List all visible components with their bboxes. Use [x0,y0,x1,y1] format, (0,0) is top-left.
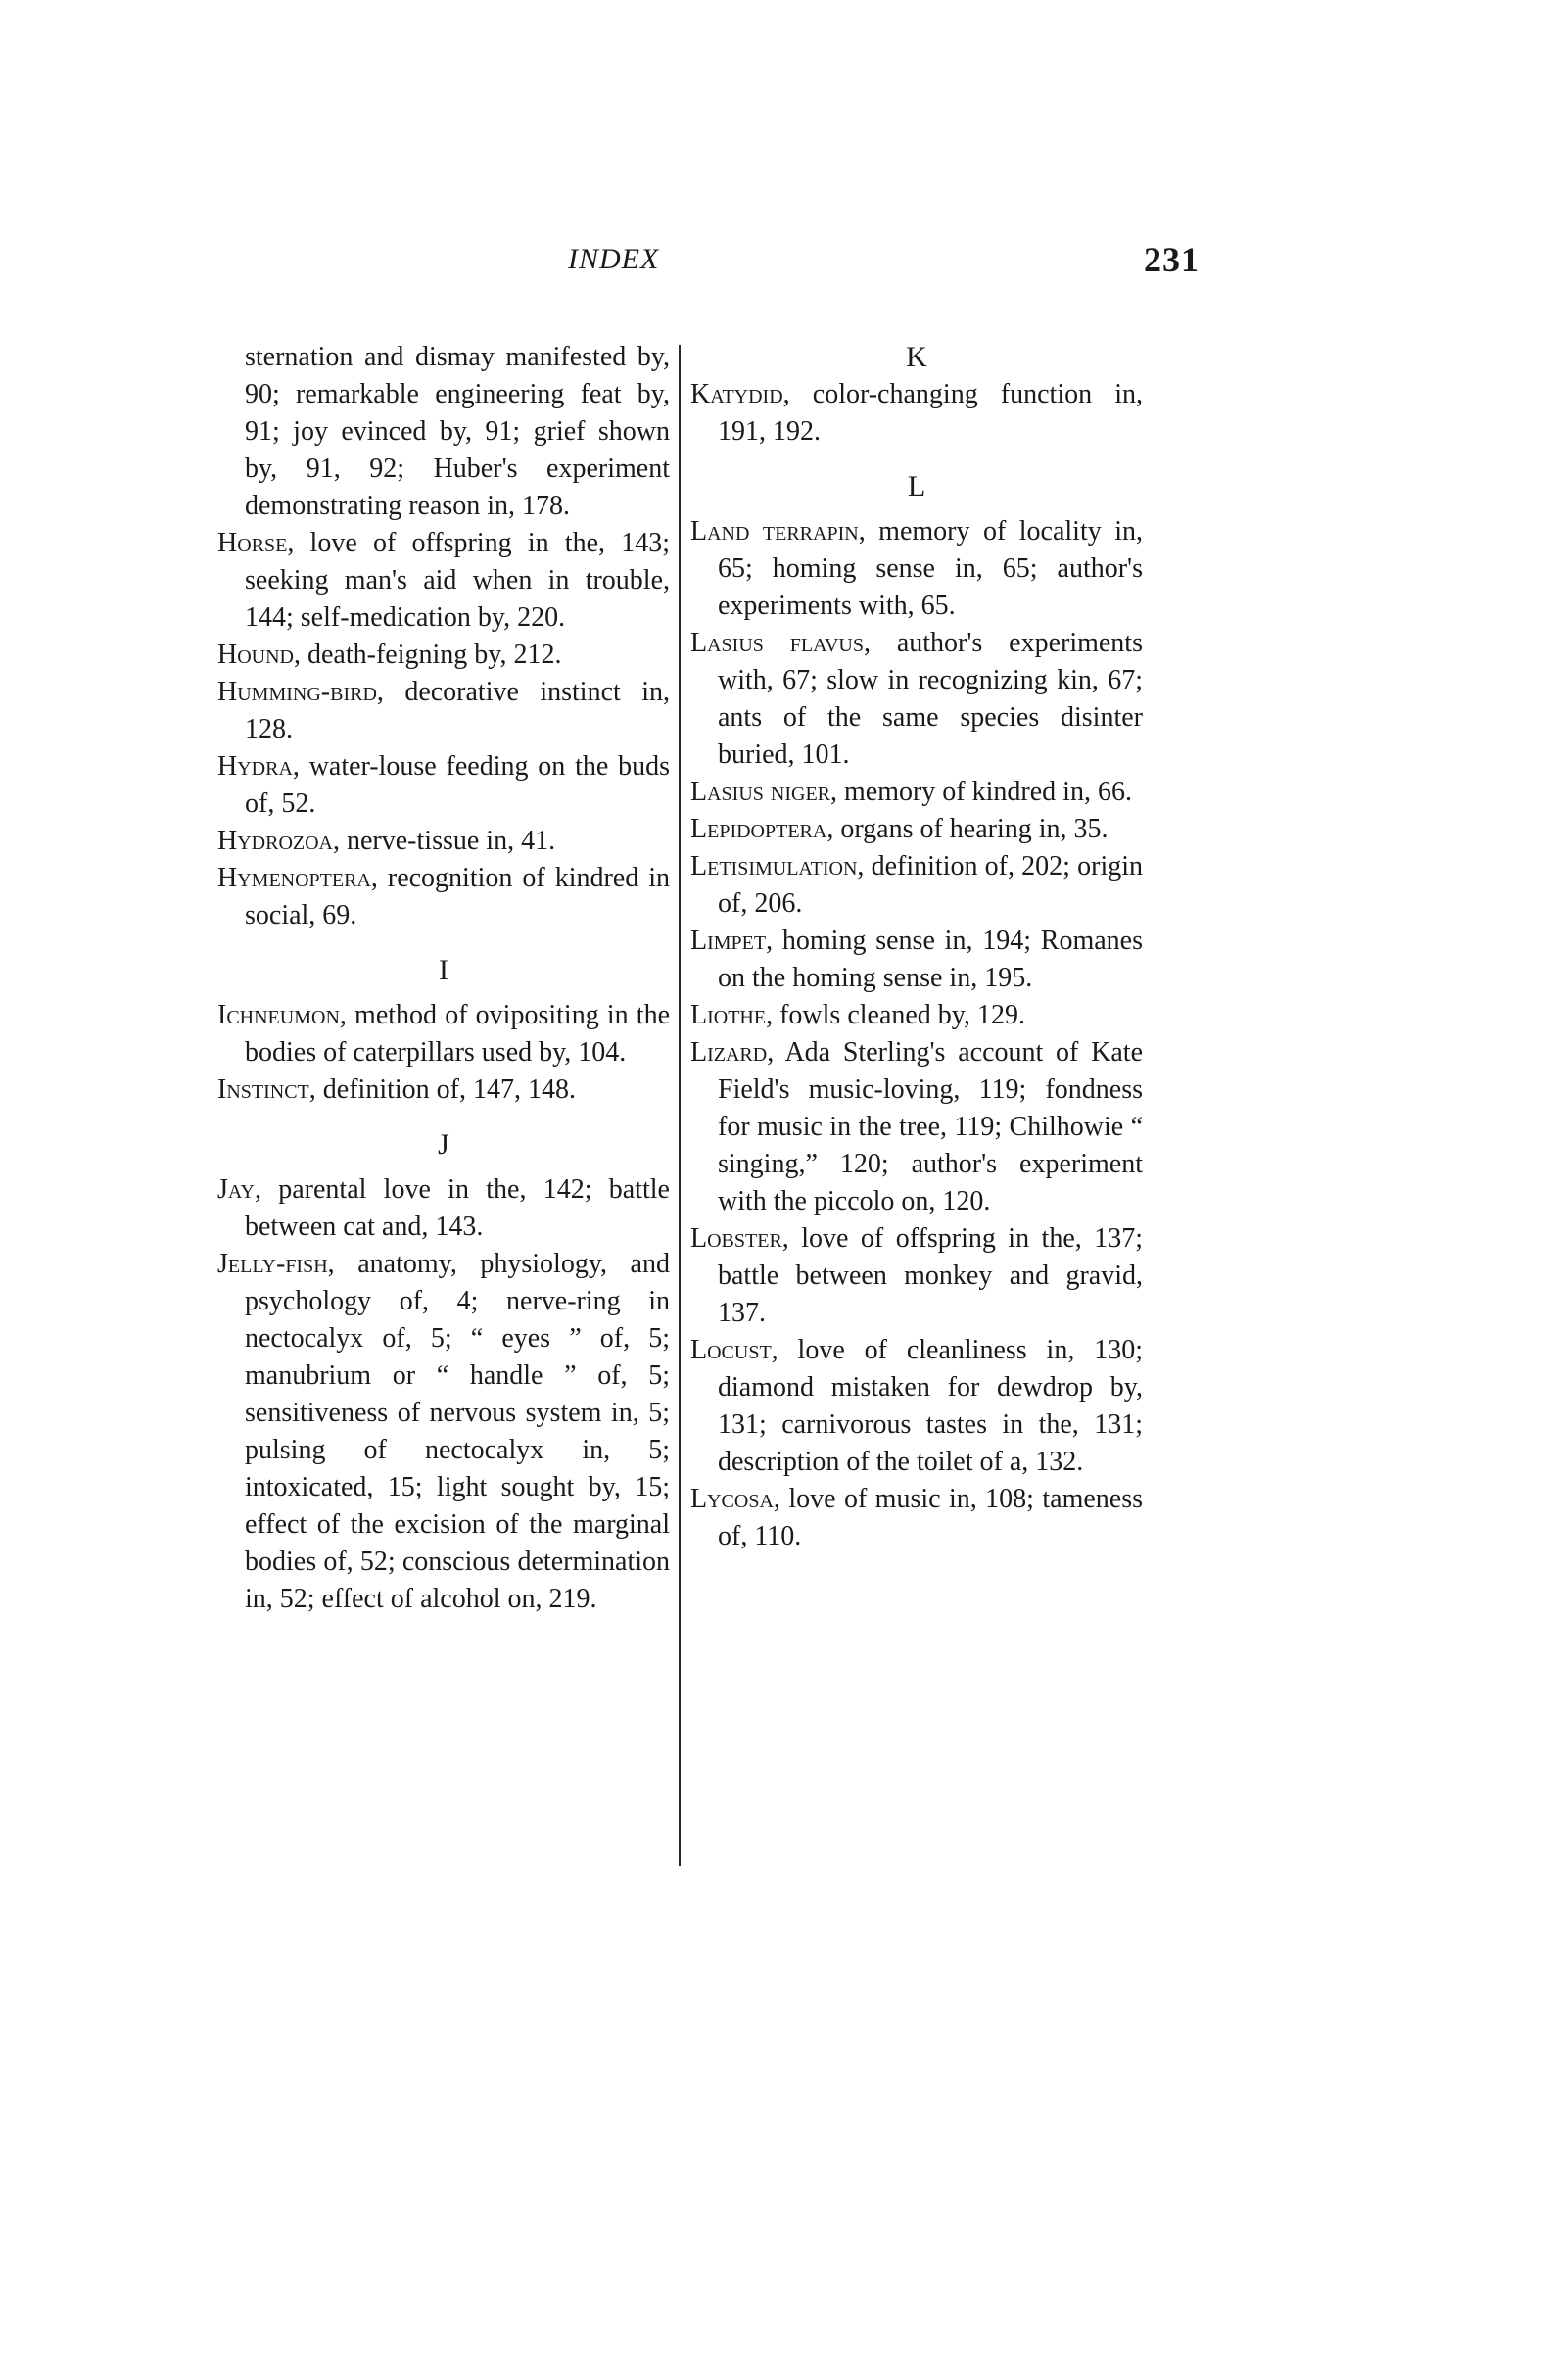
entry-heading: Instinct [217,1074,309,1105]
section-letter-j: J [217,1126,670,1164]
index-entry: Humming-bird, decorative instinct in, 12… [217,674,670,748]
index-entry: Ichneumon, method of ovipositing in the … [217,997,670,1071]
page-number: 231 [1144,239,1200,280]
running-head: INDEX [568,243,659,276]
entry-heading: Lepidoptera [690,814,826,844]
entry-text: , memory of kindred in, 66. [830,777,1132,807]
index-entry: Letisimulation, definition of, 202; orig… [690,848,1143,923]
index-entry: Jelly-fish, anatomy, physiology, and psy… [217,1246,670,1618]
entry-text: , love of offspring in the, 137; battle … [718,1223,1143,1328]
entry-heading: Jelly-fish [217,1249,328,1279]
book-page: INDEX 231 sternation and dismay manifest… [0,0,1557,2380]
entry-text: , love of music in, 108; tameness of, 11… [718,1484,1143,1551]
entry-heading: Liothe [690,1000,766,1030]
entry-text: , Ada Sterling's account of Kate Field's… [718,1037,1143,1216]
index-entry: Lasius niger, memory of kindred in, 66. [690,774,1143,811]
entry-heading: Horse [217,528,287,558]
index-entry: Jay, parental love in the, 142; battle b… [217,1171,670,1246]
entry-text: , homing sense in, 194; Romanes on the h… [718,926,1143,993]
entry-heading: Lasius flavus [690,628,864,658]
entry-heading: Hydra [217,751,293,782]
index-entry: Hydra, water-louse feeding on the buds o… [217,748,670,823]
entry-heading: Locust [690,1335,772,1365]
entry-heading: Hound [217,640,294,670]
index-entry: Katydid, color-changing function in, 191… [690,376,1143,451]
section-letter-k: K [690,339,1143,376]
entry-heading: Hymenoptera [217,863,371,893]
index-entry: Liothe, fowls cleaned by, 129. [690,997,1143,1034]
entry-text: , nerve-tissue in, 41. [333,826,555,856]
index-entry: Land terrapin, memory of locality in, 65… [690,513,1143,625]
index-entry: Instinct, definition of, 147, 148. [217,1071,670,1109]
section-letter-i: I [217,952,670,989]
entry-text: , parental love in the, 142; battle betw… [245,1174,670,1242]
entry-text: , love of cleanliness in, 130; diamond m… [718,1335,1143,1477]
entry-text: , water-louse feeding on the buds of, 52… [245,751,670,819]
entry-heading: Lasius niger [690,777,830,807]
right-column: K Katydid, color-changing function in, 1… [690,339,1143,1555]
entry-heading: Lobster [690,1223,782,1254]
section-letter-l: L [690,468,1143,505]
index-entry-continuation: sternation and dismay manifested by, 90;… [217,339,670,525]
index-entry: Hymenoptera, recognition of kindred in s… [217,860,670,934]
entry-heading: Lycosa [690,1484,774,1514]
entry-heading: Ichneumon [217,1000,340,1030]
index-entry: Locust, love of cleanliness in, 130; dia… [690,1332,1143,1481]
entry-heading: Limpet [690,926,766,956]
entry-heading: Land terrapin [690,516,859,547]
index-entry: Hydrozoa, nerve-tissue in, 41. [217,823,670,860]
entry-heading: Hydrozoa [217,826,333,856]
index-entry: Lepidoptera, organs of hearing in, 35. [690,811,1143,848]
entry-text: , organs of hearing in, 35. [826,814,1108,844]
index-entry: Lizard, Ada Sterling's account of Kate F… [690,1034,1143,1220]
entry-heading: Letisimulation [690,851,857,881]
entry-text: , anatomy, physiology, and psychology of… [245,1249,670,1614]
entry-text: , death-feigning by, 212. [294,640,561,670]
index-entry: Lasius flavus, author's experiments with… [690,625,1143,774]
index-entry: Lycosa, love of music in, 108; tameness … [690,1481,1143,1555]
entry-text: , definition of, 147, 148. [309,1074,576,1105]
left-column: sternation and dismay manifested by, 90;… [217,339,670,1618]
index-entry: Limpet, homing sense in, 194; Romanes on… [690,923,1143,997]
entry-text: , fowls cleaned by, 129. [766,1000,1025,1030]
index-entry: Hound, death-feigning by, 212. [217,637,670,674]
entry-heading: Lizard [690,1037,767,1068]
entry-heading: Katydid [690,379,783,409]
index-entry: Lobster, love of offspring in the, 137; … [690,1220,1143,1332]
entry-heading: Jay [217,1174,255,1205]
entry-heading: Humming-bird [217,677,377,707]
entry-text: , love of offspring in the, 143; seeking… [245,528,670,633]
index-entry: Horse, love of offspring in the, 143; se… [217,525,670,637]
column-divider [679,345,681,1866]
